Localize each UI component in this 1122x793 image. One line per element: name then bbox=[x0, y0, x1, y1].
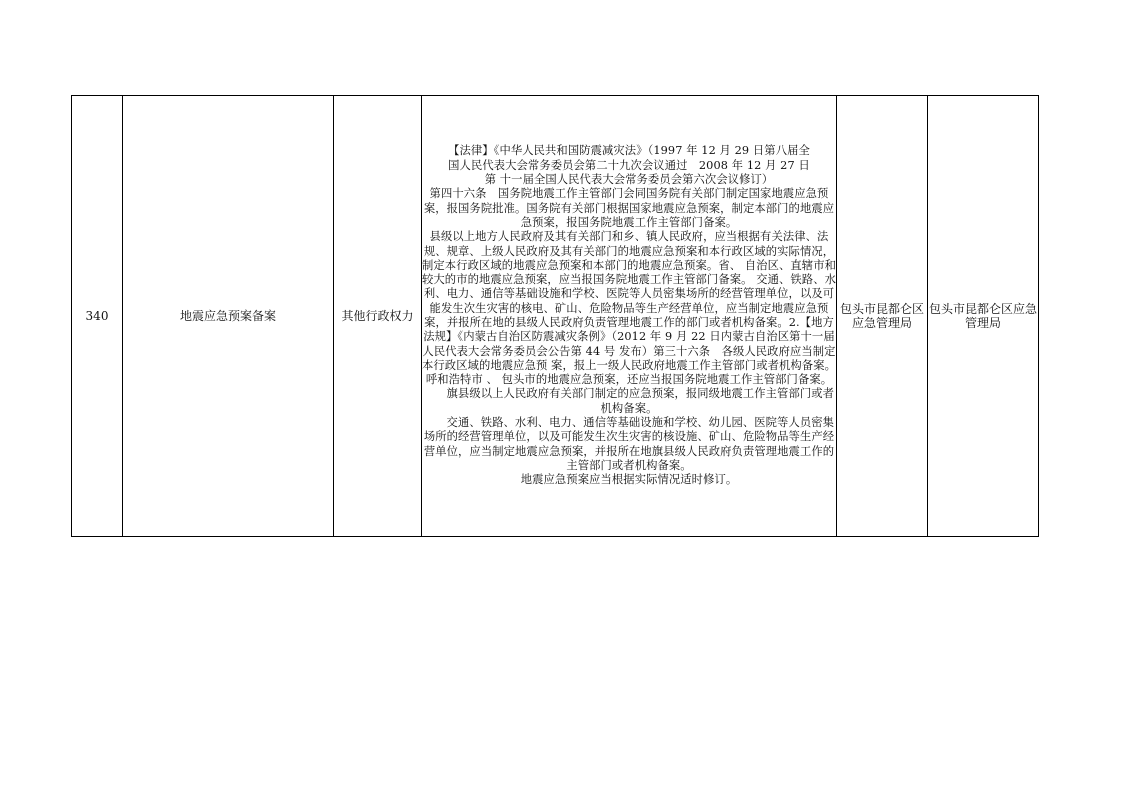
legal-basis-local-plans: 县级以上地方人民政府及其有关部门和乡、镇人民政府，应当根据有关法律、法规、规章、… bbox=[422, 230, 836, 387]
table-row: 340 地震应急预案备案 其他行政权力 【法律】《中华人民共和国防震减灾法》（1… bbox=[72, 96, 1039, 537]
legal-basis-article-46: 第四十六条 国务院地震工作主管部门会同国务院有关部门制定国家地震应急预案，报国务… bbox=[422, 187, 836, 230]
implementing-dept-cell: 包头市昆都仑区应急管理局 bbox=[928, 96, 1039, 537]
legal-basis-law-title: 【法律】《中华人民共和国防震减灾法》（1997 年 12 月 29 日第八届全 bbox=[422, 144, 836, 158]
legal-basis-revision-note: 地震应急预案应当根据实际情况适时修订。 bbox=[422, 473, 836, 487]
responsible-dept-cell: 包头市昆都仑区应急管理局 bbox=[837, 96, 928, 537]
legal-basis-cell: 【法律】《中华人民共和国防震减灾法》（1997 年 12 月 29 日第八届全 … bbox=[422, 96, 837, 537]
power-type-cell: 其他行政权力 bbox=[334, 96, 422, 537]
legal-basis-banner-depts: 旗县级以上人民政府有关部门制定的应急预案，报同级地震工作主管部门或者机构备案。 bbox=[422, 387, 836, 416]
legal-basis-infrastructure: 交通、铁路、水利、电力、通信等基础设施和学校、幼儿园、医院等人员密集场所的经营管… bbox=[422, 416, 836, 473]
legal-basis-law-revision: 第 十一届全国人民代表大会常务委员会第六次会议修订） bbox=[422, 173, 836, 187]
power-list-table: 340 地震应急预案备案 其他行政权力 【法律】《中华人民共和国防震减灾法》（1… bbox=[71, 95, 1039, 537]
legal-basis-law-enactment: 国人民代表大会常务委员会第二十九次会议通过 2008 年 12 月 27 日 bbox=[422, 159, 836, 173]
item-name-cell: 地震应急预案备案 bbox=[123, 96, 334, 537]
item-number-cell: 340 bbox=[72, 96, 123, 537]
